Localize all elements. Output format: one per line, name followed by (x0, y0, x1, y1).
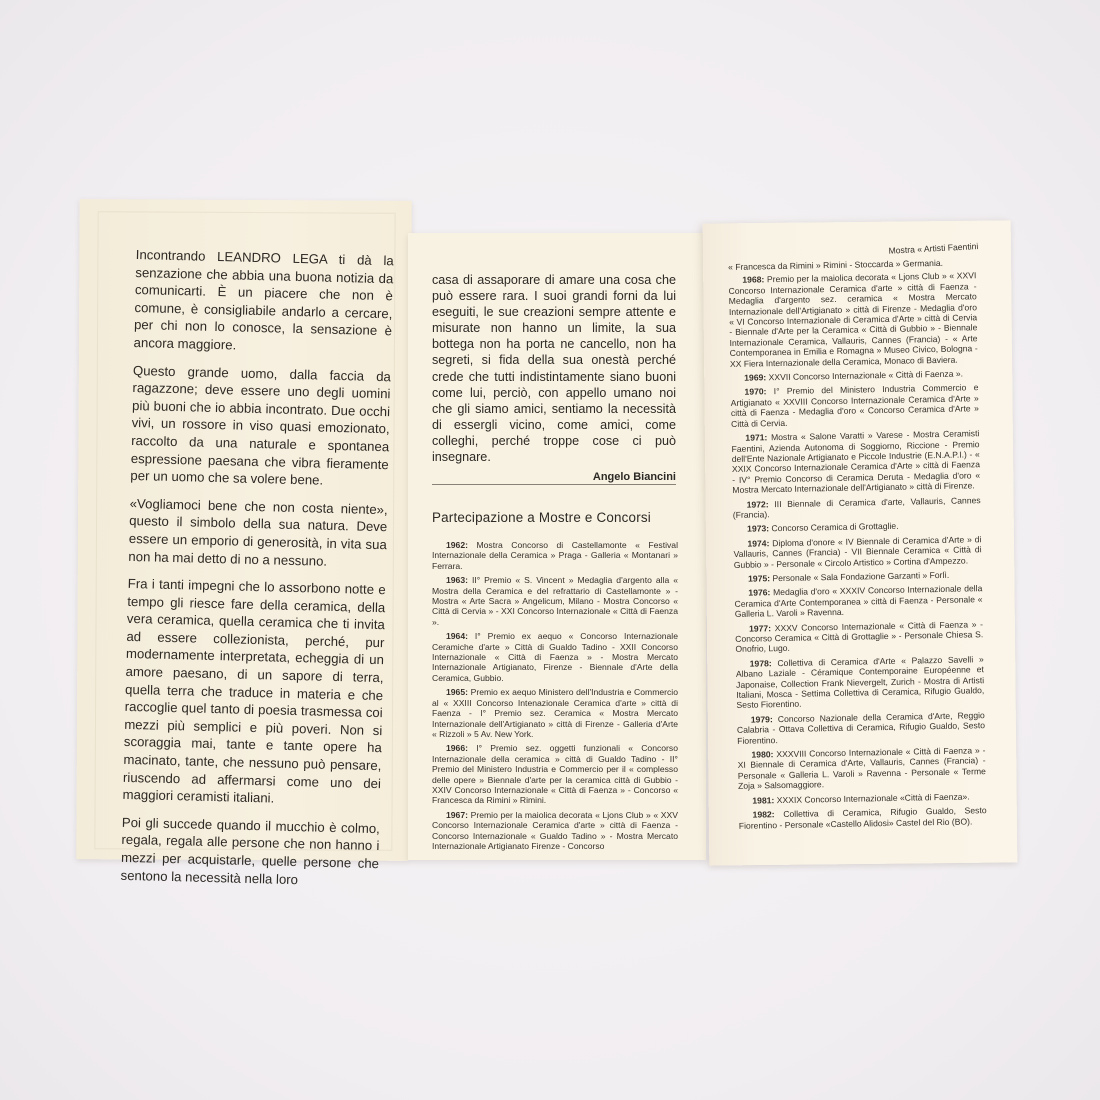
exhibition-entry: 1976: Medaglia d'oro « XXXIV Concorso In… (734, 584, 983, 620)
entry-text: XXVII Concorso Internazionale « Città di… (769, 369, 964, 383)
exhibition-entry: 1978: Collettiva di Ceramica d'Arte « Pa… (736, 654, 985, 711)
exhibition-entry: 1966: I° Premio sez. oggetti funzionali … (432, 743, 678, 805)
entry-year: 1974: (747, 538, 772, 548)
intro-paragraph: «Vogliamoci bene che non costa niente», … (128, 495, 388, 572)
exhibition-entry: 1974: Diploma d'onore « IV Biennale di C… (733, 534, 982, 570)
entry-year: 1980: (751, 749, 776, 759)
exhibition-entry: 1968: Premio per la maiolica decorata « … (728, 271, 978, 369)
exhibition-entry: 1965: Premio ex aequo Ministero dell'Ind… (432, 687, 678, 739)
exhibitions-list-right: « Francesca da Rimini » Rimini - Stoccar… (728, 257, 987, 835)
entry-year: 1982: (753, 809, 784, 820)
exhibition-entry: 1969: XXVII Concorso Internazionale « Ci… (730, 368, 978, 383)
entry-year: 1981: (752, 795, 777, 805)
entry-year: 1978: (750, 658, 778, 669)
entry-year: 1965: (446, 687, 471, 697)
exhibition-entry: 1982: Collettiva di Ceramica, Rifugio Gu… (739, 805, 987, 831)
section-title: Partecipazione a Mostre e Concorsi (432, 510, 651, 525)
entry-year: 1973: (747, 524, 772, 534)
exhibition-entry: 1970: I° Premio del Ministero Industria … (730, 383, 979, 429)
entry-year: 1964: (446, 631, 475, 641)
entry-year: 1968: (742, 275, 767, 285)
entry-text: Concorso Ceramica di Grottaglie. (771, 521, 898, 533)
exhibition-entry: 1979: Concorso Nazionale della Ceramica … (737, 710, 986, 746)
entry-year: 1967: (446, 810, 471, 820)
entry-year: 1977: (749, 623, 775, 633)
entry-year: 1962: (446, 540, 476, 550)
intro-paragraph: Poi gli succede quando il mucchio è colm… (120, 814, 380, 891)
entry-year: 1972: (747, 499, 775, 510)
exhibition-entry: 1981: XXXIX Concorso Internazionale «Cit… (738, 791, 986, 806)
intro-paragraph: Questo grande uomo, dalla faccia da raga… (130, 362, 391, 491)
intro-paragraph: Fra i tanti impegni che lo assorbono not… (122, 575, 386, 810)
exhibition-entry: 1973: Concorso Ceramica di Grottaglie. (733, 520, 981, 535)
exhibition-entry: 1964: I° Premio ex aequo « Concorso Inte… (432, 631, 678, 683)
section-divider (432, 484, 676, 485)
entry-year: 1971: (745, 432, 771, 442)
intro-continuation: casa di assaporare di amare una cosa che… (432, 272, 676, 485)
entry-text: Personale « Sala Fondazione Garzanti » F… (772, 570, 949, 583)
entry-text: Premio per la maiolica decorata « Ljons … (728, 271, 977, 369)
entry-text: XXXIX Concorso Internazionale «Città di … (777, 791, 970, 805)
entry-year: 1969: (744, 372, 769, 382)
exhibitions-list-middle: 1962: Mostra Concorso di Castellamonte «… (432, 540, 678, 855)
entry-year: 1963: (446, 575, 472, 585)
exhibition-entry: 1975: Personale « Sala Fondazione Garzan… (734, 569, 982, 584)
exhibition-entry: 1971: Mostra « Salone Varatti » Varese -… (731, 428, 980, 495)
exhibition-entry: 1980: XXXVIII Concorso Internazionale « … (737, 745, 986, 791)
entry-year: 1976: (748, 588, 773, 598)
exhibition-entry: 1972: III Biennale di Ceramica d'arte, V… (733, 495, 981, 521)
entry-year: 1970: (744, 387, 773, 398)
intro-text: Incontrando LEANDRO LEGA ti dà la senzaz… (120, 246, 394, 900)
entry-year: 1966: (446, 743, 476, 753)
continuation-paragraph: casa di assaporare di amare una cosa che… (432, 272, 676, 465)
exhibition-entry: 1967: Premio per la maiolica decorata « … (432, 810, 678, 852)
author-signature: Angelo Biancini (432, 469, 676, 485)
intro-paragraph: Incontrando LEANDRO LEGA ti dà la senzaz… (133, 246, 394, 358)
exhibition-entry: 1977: XXXV Concorso Internazionale « Cit… (735, 619, 984, 655)
entry-year: 1975: (748, 573, 773, 583)
exhibition-entry: 1962: Mostra Concorso di Castellamonte «… (432, 540, 678, 571)
exhibition-entry: 1963: II° Premio « S. Vincent » Medaglia… (432, 575, 678, 627)
entry-year: 1979: (751, 714, 778, 725)
